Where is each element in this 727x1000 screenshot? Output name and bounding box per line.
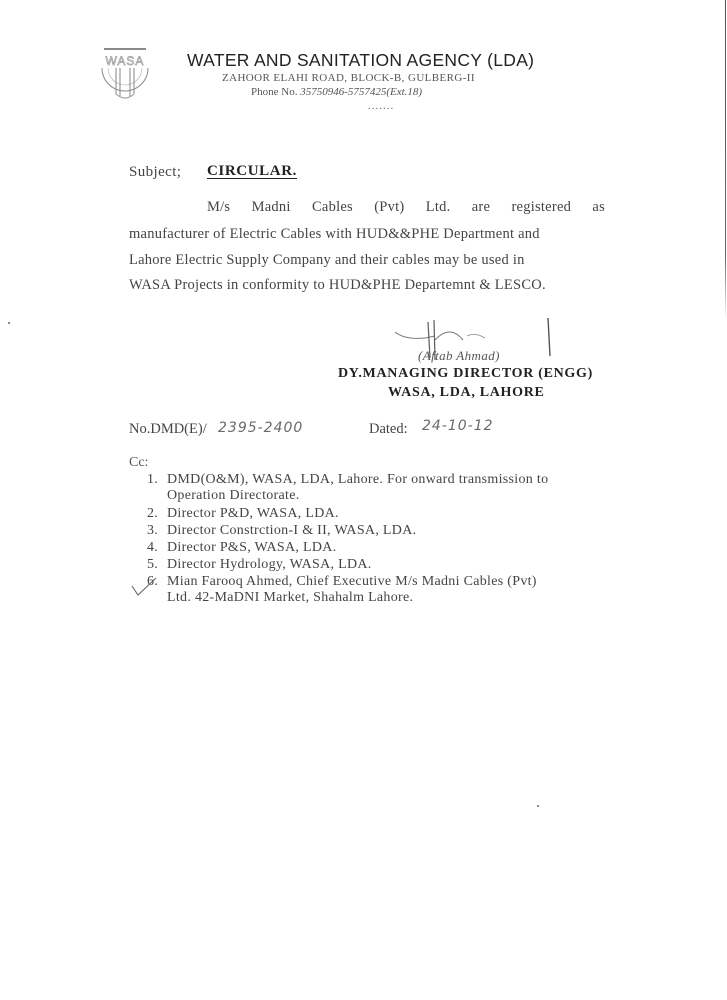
body-word: Cables <box>312 199 353 216</box>
cc-item-number: 2. <box>147 506 167 522</box>
cc-item-number: 3. <box>147 523 167 539</box>
cc-item-continuation: Ltd. 42-MaDNI Market, Shahalm Lahore. <box>147 590 537 606</box>
cc-item-number: 4. <box>147 540 167 556</box>
cc-item-text: Mian Farooq Ahmed, Chief Executive M/s M… <box>167 574 537 589</box>
subject-title: CIRCULAR. <box>207 163 297 180</box>
reference-number: 2395-2400 <box>218 420 303 436</box>
cc-item: 5.Director Hydrology, WASA, LDA. <box>147 557 372 573</box>
body-word: M/s <box>207 199 230 216</box>
body-word: Madni <box>252 199 291 216</box>
cc-label: Cc: <box>129 455 148 471</box>
signatory-name: (Aftab Ahmad) <box>418 348 500 364</box>
cc-item: 6.Mian Farooq Ahmed, Chief Executive M/s… <box>147 574 537 606</box>
date-value: 24-10-12 <box>422 418 494 434</box>
subject-label: Subject; <box>129 164 181 181</box>
organization-name: WATER AND SANITATION AGENCY (LDA) <box>187 50 534 71</box>
reference-label: No.DMD(E)/ <box>129 421 207 438</box>
phone-number: 35750946-5757425(Ext.18) <box>300 86 422 98</box>
header-separator: ....... <box>368 100 394 112</box>
body-line-1: M/sMadniCables(Pvt)Ltd.areregisteredas <box>207 199 605 216</box>
cc-item-number: 5. <box>147 557 167 573</box>
body-word: are <box>472 199 490 216</box>
cc-item-text: DMD(O&M), WASA, LDA, Lahore. For onward … <box>167 472 548 487</box>
cc-item-text: Director P&D, WASA, LDA. <box>167 506 339 521</box>
cc-item-text: Director Constrction-I & II, WASA, LDA. <box>167 523 416 538</box>
organization-phone: Phone No. 35750946-5757425(Ext.18) <box>251 86 422 98</box>
cc-item-number: 1. <box>147 472 167 488</box>
cc-item: 3.Director Constrction-I & II, WASA, LDA… <box>147 523 416 539</box>
body-word: Ltd. <box>426 199 451 216</box>
body-line-3: Lahore Electric Supply Company and their… <box>129 252 605 269</box>
organization-address: ZAHOOR ELAHI ROAD, BLOCK-B, GULBERG-II <box>222 72 475 84</box>
body-line-2: manufacturer of Electric Cables with HUD… <box>129 226 605 243</box>
scan-speck <box>537 805 539 807</box>
scan-speck <box>8 322 10 324</box>
cc-item-text: Director P&S, WASA, LDA. <box>167 540 337 555</box>
body-word: as <box>592 199 605 216</box>
scan-edge-line <box>725 0 726 320</box>
body-word: registered <box>511 199 571 216</box>
signatory-title: DY.MANAGING DIRECTOR (ENGG) <box>338 366 593 382</box>
wasa-logo-icon: WASA <box>96 46 154 112</box>
cc-item-text: Director Hydrology, WASA, LDA. <box>167 557 372 572</box>
body-word: (Pvt) <box>374 199 404 216</box>
handwritten-checkmark-icon <box>131 577 157 597</box>
body-line-4: WASA Projects in conformity to HUD&PHE D… <box>129 277 605 294</box>
signatory-organization: WASA, LDA, LAHORE <box>388 385 545 401</box>
phone-label: Phone No. <box>251 86 297 98</box>
cc-item: 4.Director P&S, WASA, LDA. <box>147 540 337 556</box>
svg-text:WASA: WASA <box>106 54 145 68</box>
cc-item: 1.DMD(O&M), WASA, LDA, Lahore. For onwar… <box>147 472 548 504</box>
document-page: WASA WATER AND SANITATION AGENCY (LDA) Z… <box>0 0 727 1000</box>
cc-item: 2.Director P&D, WASA, LDA. <box>147 506 339 522</box>
date-label: Dated: <box>369 421 408 438</box>
cc-item-continuation: Operation Directorate. <box>147 488 548 504</box>
